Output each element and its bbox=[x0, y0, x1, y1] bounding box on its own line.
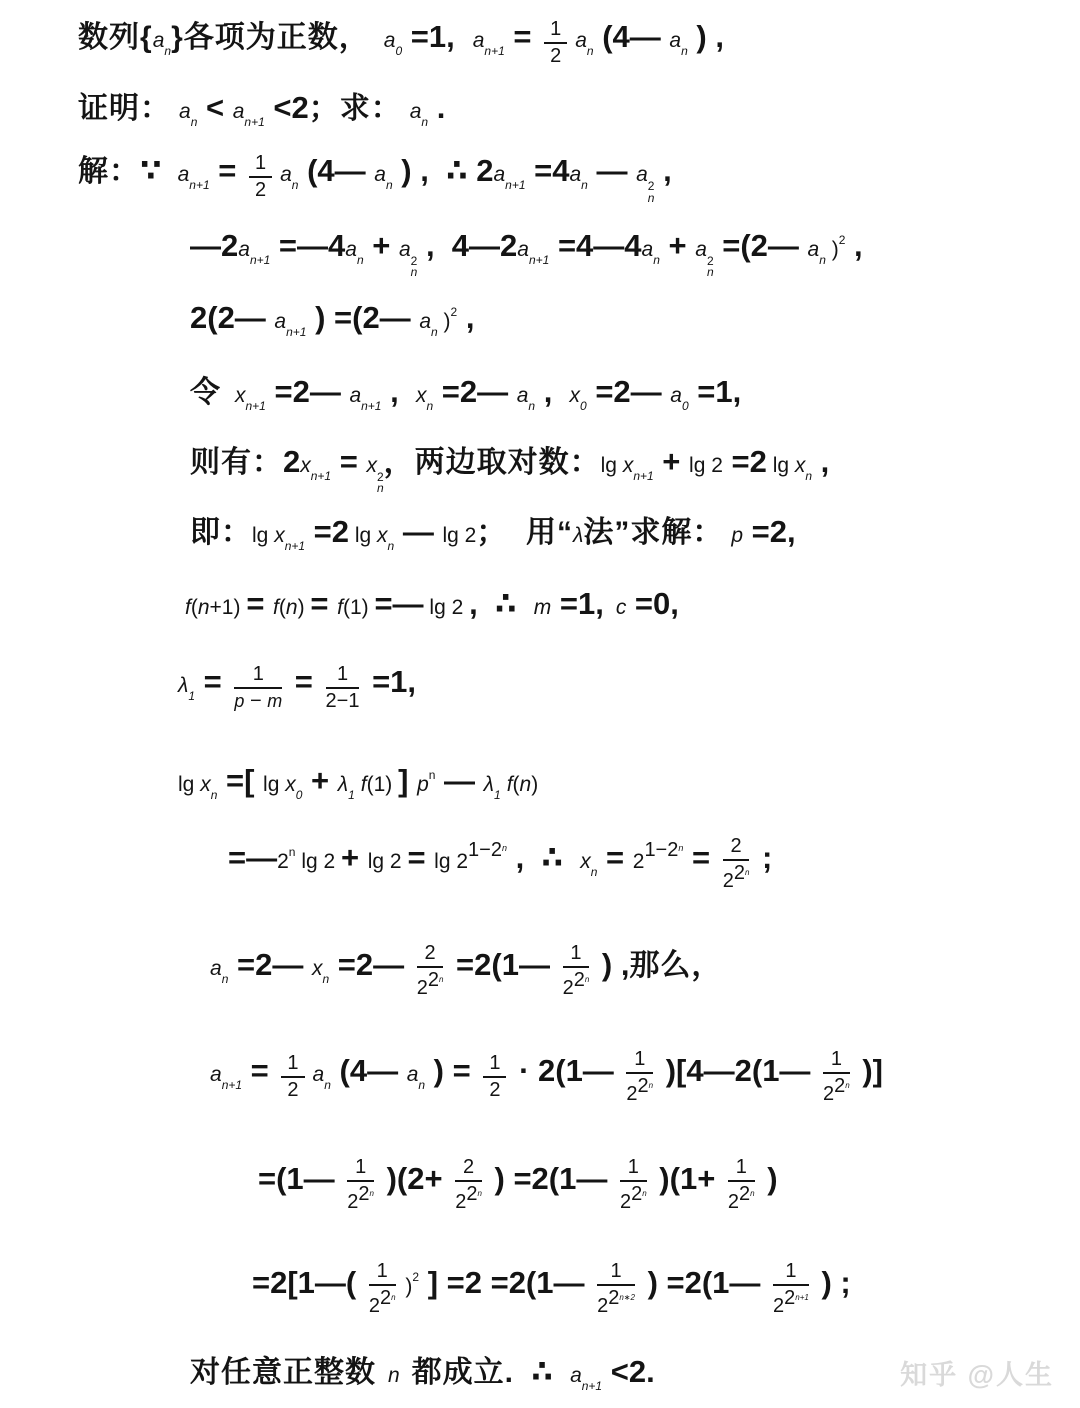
math-subscript: n+1 bbox=[189, 178, 209, 192]
math-variable: x bbox=[366, 454, 377, 477]
fraction-denominator: 22n∗2 bbox=[597, 1286, 635, 1318]
math-variable: a bbox=[517, 384, 529, 407]
fraction: 1p − m bbox=[234, 663, 282, 713]
math-variable: x bbox=[274, 524, 285, 547]
fraction: 122n+1 bbox=[773, 1260, 809, 1318]
fraction-numerator: 1 bbox=[823, 1048, 850, 1074]
math-bold: . bbox=[428, 90, 445, 125]
fraction: 122n bbox=[626, 1048, 653, 1106]
fraction: 222n bbox=[455, 1156, 482, 1214]
math-bold: ) , bbox=[688, 19, 724, 54]
math-subscript: n+1 bbox=[286, 325, 306, 339]
math-text: 2 bbox=[734, 862, 745, 884]
math-bold: (4— bbox=[298, 153, 374, 188]
math-superscript: 2n bbox=[466, 1191, 482, 1203]
math-line-5: 2(2— an+1 ) =(2— an )2 , bbox=[190, 300, 474, 340]
fraction-denominator: 2 bbox=[544, 44, 567, 68]
fraction-numerator: 2 bbox=[455, 1156, 482, 1182]
math-text: 2 bbox=[463, 1156, 474, 1178]
math-bold: = bbox=[505, 19, 540, 54]
math-bold: =2— bbox=[329, 947, 413, 982]
math-bold: , bbox=[654, 153, 671, 188]
math-variable: a bbox=[410, 100, 422, 123]
fraction-denominator: 22n bbox=[347, 1182, 374, 1214]
math-superscript: n bbox=[649, 1081, 653, 1090]
math-bold: · 2(1— bbox=[510, 1053, 622, 1088]
math-text: 2 bbox=[425, 942, 436, 964]
math-variable: x bbox=[377, 524, 388, 547]
math-bold: ) =(2— bbox=[306, 300, 419, 335]
math-text: 2 bbox=[417, 977, 428, 999]
fraction-denominator: 22n bbox=[728, 1182, 755, 1214]
math-line-16: =2[1—( 122n )2 ] =2 =2(1— 122n∗2 ) =2(1—… bbox=[252, 1260, 851, 1318]
math-variable: a bbox=[345, 238, 357, 261]
math-subscript: n bbox=[581, 178, 588, 192]
math-text: − bbox=[244, 690, 267, 712]
math-variable: a bbox=[407, 1063, 419, 1086]
math-subscript: n+1 bbox=[311, 469, 331, 483]
math-bold: (4— bbox=[331, 1053, 407, 1088]
math-bold: = bbox=[310, 586, 337, 621]
math-bold: ) bbox=[759, 1161, 778, 1196]
math-bold: =2— bbox=[228, 947, 312, 982]
math-subscript: n+1 bbox=[250, 253, 270, 267]
stack-subscript: n bbox=[648, 193, 655, 204]
fraction: 122n bbox=[563, 942, 590, 1000]
math-subscript: n+1 bbox=[246, 399, 266, 413]
math-subscript: n bbox=[681, 44, 688, 58]
math-subscript: n+1 bbox=[244, 115, 264, 129]
math-bold: =4—4 bbox=[549, 228, 641, 263]
math-function: +1) bbox=[210, 596, 247, 619]
math-text: 2 bbox=[626, 1083, 637, 1105]
math-superscript: n bbox=[745, 868, 749, 877]
watermark: 知乎 @人生 bbox=[900, 1353, 1054, 1392]
math-bold: = bbox=[246, 586, 273, 621]
math-variable: n bbox=[198, 596, 210, 619]
math-superscript: 2n bbox=[574, 977, 590, 989]
math-text: 2 bbox=[369, 1295, 380, 1317]
math-superscript: 2n bbox=[428, 977, 444, 989]
math-text: 2 bbox=[823, 1083, 834, 1105]
math-line-15: =(1— 122n )(2+ 222n ) =2(1— 122n )(1+ 12… bbox=[258, 1156, 778, 1214]
fraction-denominator: 2−1 bbox=[326, 689, 360, 713]
math-document: 数列{an}各项为正数，a0 =1,an+1 = 12an (4— an ) ,… bbox=[0, 0, 1080, 1408]
math-variable: x bbox=[300, 454, 311, 477]
math-bold: ) , bbox=[593, 947, 629, 982]
math-text: 2 bbox=[255, 179, 266, 201]
chinese-text: 证明： bbox=[78, 92, 171, 125]
math-variable: a bbox=[669, 29, 681, 52]
math-bold: =1, bbox=[363, 664, 416, 699]
chinese-text: 那么， bbox=[629, 949, 722, 982]
math-text: 2 bbox=[784, 1287, 795, 1309]
math-bold: = bbox=[195, 664, 230, 699]
math-superscript: n bbox=[391, 1293, 395, 1302]
math-bold: =4 bbox=[526, 153, 570, 188]
fraction-numerator: 1 bbox=[563, 942, 590, 968]
math-variable: a bbox=[473, 29, 485, 52]
math-text: 1 bbox=[628, 1156, 639, 1178]
math-line-7: 则有：2xn+1 = x2n，两边取对数：lg xn+1 + lg 2 =2 l… bbox=[190, 444, 829, 495]
math-function: lg bbox=[767, 454, 795, 477]
fraction-denominator: 22n bbox=[417, 968, 444, 1000]
math-bold: =(2— bbox=[714, 228, 808, 263]
math-variable: a bbox=[419, 310, 431, 333]
math-variable: a bbox=[274, 310, 286, 333]
math-variable: a bbox=[569, 163, 581, 186]
math-bold: , 4—2 bbox=[417, 228, 517, 263]
math-variable: a bbox=[313, 1063, 325, 1086]
fraction: 12 bbox=[483, 1052, 506, 1102]
fraction-denominator: 2 bbox=[483, 1078, 506, 1102]
math-bold: =2 bbox=[305, 514, 349, 549]
math-superscript: 1−2n bbox=[468, 845, 507, 859]
math-bold: =— bbox=[228, 840, 277, 875]
math-bold: + bbox=[660, 228, 695, 263]
math-function: ) bbox=[298, 596, 311, 619]
fraction-numerator: 2 bbox=[417, 942, 444, 968]
math-variable: n bbox=[388, 1364, 400, 1387]
math-subscript: 0 bbox=[580, 399, 587, 413]
math-bold: — bbox=[435, 763, 483, 798]
fraction-numerator: 1 bbox=[234, 663, 282, 689]
math-function: lg bbox=[349, 524, 377, 547]
math-text: 2 bbox=[489, 1079, 500, 1101]
math-variable: m bbox=[534, 596, 552, 619]
math-bold: =(1— bbox=[258, 1161, 343, 1196]
math-variable: x bbox=[623, 454, 634, 477]
math-function: ) bbox=[400, 1275, 413, 1298]
math-text: 2 bbox=[597, 1295, 608, 1317]
math-text: 2 bbox=[358, 1183, 369, 1205]
math-bold: ) =2(1— bbox=[639, 1265, 769, 1300]
fraction-denominator: 22n bbox=[626, 1074, 653, 1106]
math-subscript: 1 bbox=[494, 788, 501, 802]
math-subscript: n bbox=[357, 253, 364, 267]
math-subscript: n+1 bbox=[222, 1078, 242, 1092]
sup-sub-stack: 2n bbox=[377, 472, 384, 495]
math-text: 1−2 bbox=[468, 839, 502, 861]
math-bold: — bbox=[588, 153, 636, 188]
chinese-text: 解： bbox=[78, 155, 140, 188]
math-variable: n bbox=[286, 596, 298, 619]
math-function: ) bbox=[826, 238, 839, 261]
math-bold: = bbox=[286, 664, 321, 699]
chinese-text: 数列{ bbox=[78, 21, 153, 54]
fraction: 222n bbox=[723, 835, 750, 893]
fraction-numerator: 2 bbox=[723, 835, 750, 861]
math-function: lg 2 bbox=[424, 596, 470, 619]
math-superscript: n bbox=[750, 1189, 754, 1198]
math-variable: a bbox=[153, 29, 165, 52]
math-superscript: n+1 bbox=[795, 1293, 809, 1302]
math-variable: x bbox=[312, 957, 323, 980]
fraction-numerator: 1 bbox=[281, 1052, 304, 1078]
math-subscript: n bbox=[819, 253, 826, 267]
fraction: 12 bbox=[249, 152, 272, 202]
math-bold: = bbox=[242, 1053, 277, 1088]
math-bold: ) =2(1— bbox=[486, 1161, 616, 1196]
math-variable: a bbox=[179, 100, 191, 123]
math-bold: ] bbox=[398, 763, 417, 798]
math-bold: ∴ bbox=[514, 1354, 570, 1389]
math-bold: , bbox=[457, 300, 474, 335]
math-subscript: n+1 bbox=[484, 44, 504, 58]
math-function: (1) bbox=[343, 596, 375, 619]
fraction: 12−1 bbox=[326, 663, 360, 713]
math-function: lg bbox=[601, 454, 623, 477]
math-subscript: 1 bbox=[348, 788, 355, 802]
math-bold: 2 bbox=[283, 444, 300, 479]
math-bold: , bbox=[535, 374, 569, 409]
fraction-denominator: 22n bbox=[455, 1182, 482, 1214]
math-bold: = bbox=[210, 153, 245, 188]
math-bold: =2— bbox=[587, 374, 671, 409]
math-variable: λ bbox=[338, 773, 348, 796]
math-bold: , ∴ bbox=[469, 586, 534, 621]
math-bold: <2 bbox=[265, 90, 309, 125]
math-subscript: n bbox=[653, 253, 660, 267]
math-bold: )] bbox=[854, 1053, 883, 1088]
math-line-1: 数列{an}各项为正数，a0 =1,an+1 = 12an (4— an ) , bbox=[78, 18, 724, 68]
fraction-denominator: 22n+1 bbox=[773, 1286, 809, 1318]
math-text: 2−1 bbox=[326, 690, 360, 712]
chinese-text: ，两边取对数： bbox=[384, 446, 601, 479]
math-function: 2 bbox=[633, 850, 645, 873]
fraction-numerator: 1 bbox=[249, 152, 272, 178]
chinese-text: ；求： bbox=[309, 92, 402, 125]
math-variable: x bbox=[200, 773, 211, 796]
math-line-3: 解：∵an+1 = 12an (4— an ) , ∴ 2an+1 =4an —… bbox=[78, 152, 672, 204]
fraction: 12 bbox=[281, 1052, 304, 1102]
math-variable: a bbox=[517, 238, 529, 261]
math-function: ( bbox=[513, 773, 520, 796]
math-text: 1 bbox=[489, 1052, 500, 1074]
math-variable: λ bbox=[178, 674, 188, 697]
math-line-11: lg xn =[ lg x0 + λ1f(1) ] pn — λ1f(n) bbox=[178, 763, 538, 803]
fraction-numerator: 1 bbox=[326, 663, 360, 689]
math-line-2: 证明：an < an+1 <2；求：an . bbox=[78, 90, 445, 130]
math-bold: + bbox=[364, 228, 399, 263]
math-bold: )[4—2(1— bbox=[657, 1053, 819, 1088]
math-subscript: n bbox=[431, 325, 438, 339]
fraction: 122n bbox=[728, 1156, 755, 1214]
math-bold: =[ bbox=[217, 763, 263, 798]
math-function: lg bbox=[252, 524, 274, 547]
math-function: ) bbox=[438, 310, 451, 333]
math-text: 2 bbox=[347, 1191, 358, 1213]
math-text: 1 bbox=[785, 1260, 796, 1282]
math-superscript: 2n bbox=[631, 1191, 647, 1203]
math-function: ) bbox=[531, 773, 538, 796]
math-variable: a bbox=[575, 29, 587, 52]
math-bold: =2 bbox=[723, 444, 767, 479]
math-text: 1 bbox=[610, 1260, 621, 1282]
math-line-6: 令xn+1 =2— an+1 , xn =2— an , x0 =2— a0 =… bbox=[190, 374, 741, 414]
math-text: 2 bbox=[428, 969, 439, 991]
math-subscript: n+1 bbox=[582, 1379, 602, 1393]
fraction-numerator: 1 bbox=[728, 1156, 755, 1182]
math-text: 1−2 bbox=[644, 839, 678, 861]
math-subscript: n+1 bbox=[361, 399, 381, 413]
math-text: 1 bbox=[634, 1048, 645, 1070]
math-text: 1 bbox=[736, 1156, 747, 1178]
math-bold: 2(2— bbox=[190, 300, 274, 335]
chinese-text: 即： bbox=[190, 516, 252, 549]
math-superscript: 2n bbox=[638, 1083, 654, 1095]
math-text: 1 bbox=[355, 1156, 366, 1178]
math-variable: a bbox=[670, 384, 682, 407]
chinese-text: 则有： bbox=[190, 446, 283, 479]
math-variable: a bbox=[695, 238, 707, 261]
math-superscript: 2n∗2 bbox=[608, 1295, 635, 1307]
fraction: 122n bbox=[369, 1260, 396, 1318]
fraction-denominator: 22n bbox=[723, 861, 750, 893]
math-variable: x bbox=[416, 384, 427, 407]
math-subscript: n bbox=[587, 44, 594, 58]
math-bold: , bbox=[381, 374, 415, 409]
math-bold: — bbox=[394, 514, 442, 549]
math-variable: x bbox=[285, 773, 296, 796]
math-subscript: n+1 bbox=[633, 469, 653, 483]
math-variable: a bbox=[349, 384, 361, 407]
math-bold: + bbox=[302, 763, 337, 798]
fraction: 222n bbox=[417, 942, 444, 1000]
math-superscript: n bbox=[585, 975, 589, 984]
math-superscript: n bbox=[845, 1081, 849, 1090]
math-text: 1 bbox=[337, 663, 348, 685]
fraction-denominator: 2 bbox=[249, 178, 272, 202]
chinese-text: 对任意正整数 bbox=[190, 1356, 376, 1389]
math-variable: x bbox=[570, 384, 581, 407]
math-superscript: 2n bbox=[834, 1083, 850, 1095]
fraction: 122n∗2 bbox=[597, 1260, 635, 1318]
fraction-numerator: 1 bbox=[597, 1260, 635, 1286]
math-subscript: n+1 bbox=[285, 539, 305, 553]
math-function: 2 bbox=[277, 850, 289, 873]
math-variable: a bbox=[374, 163, 386, 186]
math-variable: a bbox=[280, 163, 292, 186]
math-function: lg 2 bbox=[295, 850, 341, 873]
math-bold: =1, bbox=[402, 19, 455, 54]
fraction-denominator: p − m bbox=[234, 689, 282, 713]
math-subscript: 0 bbox=[682, 399, 689, 413]
math-variable: a bbox=[178, 163, 190, 186]
math-text: 2 bbox=[731, 835, 742, 857]
math-variable: c bbox=[616, 596, 627, 619]
math-text: 1 bbox=[287, 1052, 298, 1074]
math-bold: =2, bbox=[743, 514, 796, 549]
math-text: 2 bbox=[574, 969, 585, 991]
math-bold: =—4 bbox=[270, 228, 345, 263]
fraction-denominator: 22n bbox=[823, 1074, 850, 1106]
math-line-4: —2an+1 =—4an + a2n , 4—2an+1 =4—4an + a2… bbox=[190, 228, 863, 279]
chinese-text: 法”求解： bbox=[583, 516, 723, 549]
math-bold: =2[1—( bbox=[252, 1265, 365, 1300]
math-variable: a bbox=[384, 29, 396, 52]
math-bold: + bbox=[341, 840, 368, 875]
math-line-12: =—2n lg 2 + lg 2 = lg 21−2n , ∴ xn = 21−… bbox=[228, 835, 772, 893]
math-text: 2 bbox=[631, 1183, 642, 1205]
math-line-9: f(n+1) = f(n) = f(1) =— lg 2 , ∴ m =1,c … bbox=[185, 586, 679, 622]
math-superscript: 2n+1 bbox=[784, 1295, 809, 1307]
math-variable: a bbox=[399, 238, 411, 261]
math-subscript: n bbox=[386, 178, 393, 192]
math-variable: m bbox=[267, 691, 282, 711]
math-bold: ; bbox=[753, 840, 772, 875]
fraction-numerator: 1 bbox=[620, 1156, 647, 1182]
math-text: 2 bbox=[287, 1079, 298, 1101]
math-text: 2 bbox=[620, 1191, 631, 1213]
math-function: lg bbox=[263, 773, 285, 796]
sup-sub-stack: 2n bbox=[707, 256, 714, 279]
fraction-numerator: 1 bbox=[626, 1048, 653, 1074]
math-bold: ) , ∴ 2 bbox=[393, 153, 494, 188]
math-variable: a bbox=[570, 1364, 582, 1387]
chinese-text: 令 bbox=[190, 376, 221, 409]
math-bold: (4— bbox=[594, 19, 670, 54]
math-bold: )(2+ bbox=[378, 1161, 451, 1196]
fraction: 122n bbox=[823, 1048, 850, 1106]
stack-subscript: n bbox=[411, 267, 418, 278]
math-variable: x bbox=[235, 384, 246, 407]
math-text: 2 bbox=[728, 1191, 739, 1213]
fraction-numerator: 1 bbox=[773, 1260, 809, 1286]
math-variable: a bbox=[493, 163, 505, 186]
math-superscript: 1−2n bbox=[644, 845, 683, 859]
chinese-text: }各项为正数， bbox=[171, 21, 370, 54]
fraction-denominator: 2 bbox=[281, 1078, 304, 1102]
math-bold: = bbox=[597, 840, 632, 875]
math-superscript: n bbox=[477, 1189, 481, 1198]
math-bold: )(1+ bbox=[651, 1161, 724, 1196]
math-variable: a bbox=[210, 1063, 222, 1086]
math-line-8: 即：lg xn+1 =2 lg xn — lg 2； 用“λ法”求解：p =2, bbox=[190, 514, 796, 554]
math-bold: =1, bbox=[689, 374, 742, 409]
math-bold: ) ; bbox=[813, 1265, 851, 1300]
stack-subscript: n bbox=[707, 267, 714, 278]
math-text: 1 bbox=[831, 1048, 842, 1070]
math-superscript: 2n bbox=[734, 870, 750, 882]
math-bold: ∵ bbox=[140, 153, 162, 188]
math-bold: ] =2 =2(1— bbox=[419, 1265, 593, 1300]
chinese-text: 都成立. bbox=[412, 1356, 514, 1389]
fraction-denominator: 22n bbox=[563, 968, 590, 1000]
math-text: 1 bbox=[550, 18, 561, 40]
fraction-numerator: 1 bbox=[544, 18, 567, 44]
math-subscript: n+1 bbox=[529, 253, 549, 267]
math-bold: =2(1— bbox=[447, 947, 558, 982]
math-variable: a bbox=[636, 163, 648, 186]
math-line-17: 对任意正整数n都成立. ∴ an+1 <2. bbox=[190, 1354, 655, 1394]
math-variable: a bbox=[210, 957, 222, 980]
math-function: lg 2 bbox=[689, 454, 723, 477]
math-text: 2 bbox=[466, 1183, 477, 1205]
math-bold: + bbox=[654, 444, 689, 479]
math-bold: =— bbox=[374, 586, 423, 621]
math-bold: , ∴ bbox=[507, 840, 580, 875]
fraction-denominator: 22n bbox=[620, 1182, 647, 1214]
fraction: 12 bbox=[544, 18, 567, 68]
math-variable: p bbox=[234, 691, 244, 711]
math-text: 2 bbox=[455, 1191, 466, 1213]
math-variable: λ bbox=[484, 773, 494, 796]
math-function: ( bbox=[279, 596, 286, 619]
math-text: 1 bbox=[253, 663, 264, 685]
fraction-numerator: 1 bbox=[347, 1156, 374, 1182]
math-text: 2 bbox=[834, 1075, 845, 1097]
